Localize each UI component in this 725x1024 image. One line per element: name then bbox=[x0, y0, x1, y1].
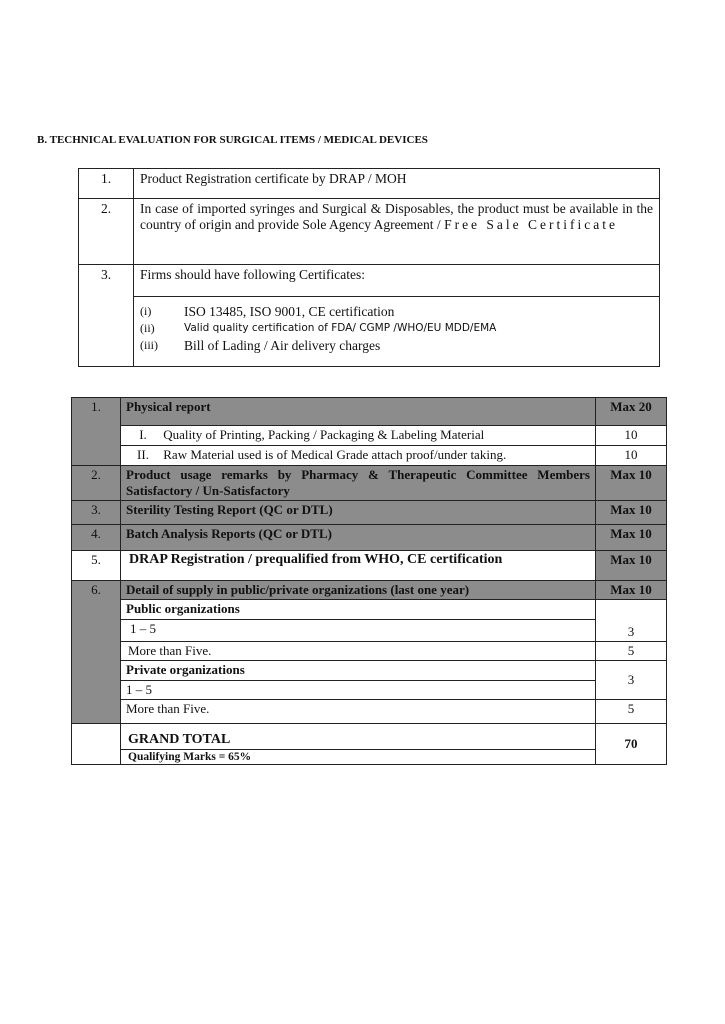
row-number: 1. bbox=[79, 169, 134, 199]
row-number: 3. bbox=[72, 501, 121, 525]
supply-marks: 3 bbox=[596, 600, 667, 642]
requirement-text: Product Registration certificate by DRAP… bbox=[134, 169, 660, 199]
row-number: 3. bbox=[79, 265, 134, 367]
evaluation-row: 2. Product usage remarks by Pharmacy & T… bbox=[72, 466, 667, 501]
row-number: 2. bbox=[72, 466, 121, 501]
criterion-title: Sterility Testing Report (QC or DTL) bbox=[121, 501, 596, 525]
sub-criterion-text: II. Raw Material used is of Medical Grad… bbox=[121, 446, 596, 466]
sub-criterion-text: I. Quality of Printing, Packing / Packag… bbox=[121, 426, 596, 446]
certificate-text-main: Valid quality certification of bbox=[184, 322, 331, 334]
grand-total-value: 70 bbox=[596, 724, 667, 765]
requirements-table: 1. Product Registration certificate by D… bbox=[78, 168, 660, 367]
certificate-num: (iii) bbox=[140, 337, 184, 354]
criterion-title: Product usage remarks by Pharmacy & Ther… bbox=[121, 466, 596, 501]
row-number: 2. bbox=[79, 199, 134, 265]
empty-cell bbox=[72, 724, 121, 765]
supply-option: More than Five. bbox=[121, 700, 596, 724]
evaluation-row: 6. Detail of supply in public/private or… bbox=[72, 581, 667, 600]
evaluation-row: 3. Sterility Testing Report (QC or DTL) … bbox=[72, 501, 667, 525]
private-organizations-label: Private organizations bbox=[121, 661, 596, 681]
certificate-item: (i)ISO 13485, ISO 9001, CE certification bbox=[140, 303, 653, 320]
sub-criterion-label: Raw Material used is of Medical Grade at… bbox=[163, 447, 506, 462]
evaluation-row: 5. DRAP Registration / prequalified from… bbox=[72, 551, 667, 581]
supply-option-row: 1 – 5 bbox=[72, 681, 667, 700]
sub-criterion-marks: 10 bbox=[596, 446, 667, 466]
row-number: 1. bbox=[72, 398, 121, 466]
supply-option: 1 – 5 bbox=[121, 681, 596, 700]
requirement-row: 3. Firms should have following Certifica… bbox=[79, 265, 660, 297]
supply-option: 1 – 5 bbox=[121, 620, 596, 642]
criterion-title: DRAP Registration / prequalified from WH… bbox=[121, 551, 596, 581]
certificate-text: ISO 13485, ISO 9001, CE certification bbox=[184, 303, 394, 320]
evaluation-table: 1. Physical report Max 20 I. Quality of … bbox=[71, 397, 667, 765]
row-number: 6. bbox=[72, 581, 121, 724]
sub-criterion-row: II. Raw Material used is of Medical Grad… bbox=[72, 446, 667, 466]
evaluation-row: 1. Physical report Max 20 bbox=[72, 398, 667, 426]
grand-total-row: GRAND TOTAL 70 bbox=[72, 724, 667, 750]
max-marks: Max 10 bbox=[596, 581, 667, 600]
qualifying-row: Qualifying Marks = 65% bbox=[72, 750, 667, 765]
supply-marks: 5 bbox=[596, 642, 667, 661]
supply-marks: 3 bbox=[596, 661, 667, 700]
private-organizations-header: Private organizations 3 bbox=[72, 661, 667, 681]
sub-criterion-num: I. bbox=[126, 427, 160, 443]
max-marks: Max 10 bbox=[596, 501, 667, 525]
supply-option: More than Five. bbox=[121, 642, 596, 661]
criterion-title: Batch Analysis Reports (QC or DTL) bbox=[121, 525, 596, 551]
certificate-item: (ii)Valid quality certification of FDA/ … bbox=[140, 320, 653, 337]
max-marks: Max 10 bbox=[596, 466, 667, 501]
sub-criterion-label: Quality of Printing, Packing / Packaging… bbox=[163, 427, 484, 442]
criterion-title: Detail of supply in public/private organ… bbox=[121, 581, 596, 600]
certificates-list: (i)ISO 13485, ISO 9001, CE certification… bbox=[140, 299, 653, 364]
max-marks: Max 10 bbox=[596, 551, 667, 581]
row-number: 5. bbox=[72, 551, 121, 581]
sub-criterion-marks: 10 bbox=[596, 426, 667, 446]
requirement-text: Firms should have following Certificates… bbox=[134, 265, 660, 297]
criterion-title: Physical report bbox=[121, 398, 596, 426]
requirement-text: In case of imported syringes and Surgica… bbox=[134, 199, 660, 265]
row-number: 4. bbox=[72, 525, 121, 551]
sub-criterion-num: II. bbox=[126, 447, 160, 463]
requirement-text-spaced: Free Sale Certificate bbox=[444, 217, 618, 232]
certificates-cell: (i)ISO 13485, ISO 9001, CE certification… bbox=[134, 297, 660, 367]
supply-option-row: More than Five. 5 bbox=[72, 642, 667, 661]
supply-option-row: 1 – 5 bbox=[72, 620, 667, 642]
certificate-num: (i) bbox=[140, 303, 184, 320]
public-organizations-header: Public organizations 3 bbox=[72, 600, 667, 620]
grand-total-label: GRAND TOTAL bbox=[121, 724, 596, 750]
public-organizations-label: Public organizations bbox=[121, 600, 596, 620]
max-marks: Max 10 bbox=[596, 525, 667, 551]
requirement-row: 1. Product Registration certificate by D… bbox=[79, 169, 660, 199]
certificate-text: Bill of Lading / Air delivery charges bbox=[184, 337, 380, 354]
supply-option-row: More than Five. 5 bbox=[72, 700, 667, 724]
qualifying-marks: Qualifying Marks = 65% bbox=[121, 750, 596, 765]
certificate-text: Valid quality certification of FDA/ CGMP… bbox=[184, 320, 496, 337]
certificate-item: (iii)Bill of Lading / Air delivery charg… bbox=[140, 337, 653, 354]
certificate-num: (ii) bbox=[140, 320, 184, 337]
supply-marks: 5 bbox=[596, 700, 667, 724]
sub-criterion-row: I. Quality of Printing, Packing / Packag… bbox=[72, 426, 667, 446]
max-marks: Max 20 bbox=[596, 398, 667, 426]
section-heading: B. TECHNICAL EVALUATION FOR SURGICAL ITE… bbox=[37, 134, 428, 146]
certificates-row: (i)ISO 13485, ISO 9001, CE certification… bbox=[79, 297, 660, 367]
certificate-text-bodies: FDA/ CGMP /WHO/EU MDD/EMA bbox=[331, 322, 496, 334]
evaluation-row: 4. Batch Analysis Reports (QC or DTL) Ma… bbox=[72, 525, 667, 551]
requirement-row: 2. In case of imported syringes and Surg… bbox=[79, 199, 660, 265]
